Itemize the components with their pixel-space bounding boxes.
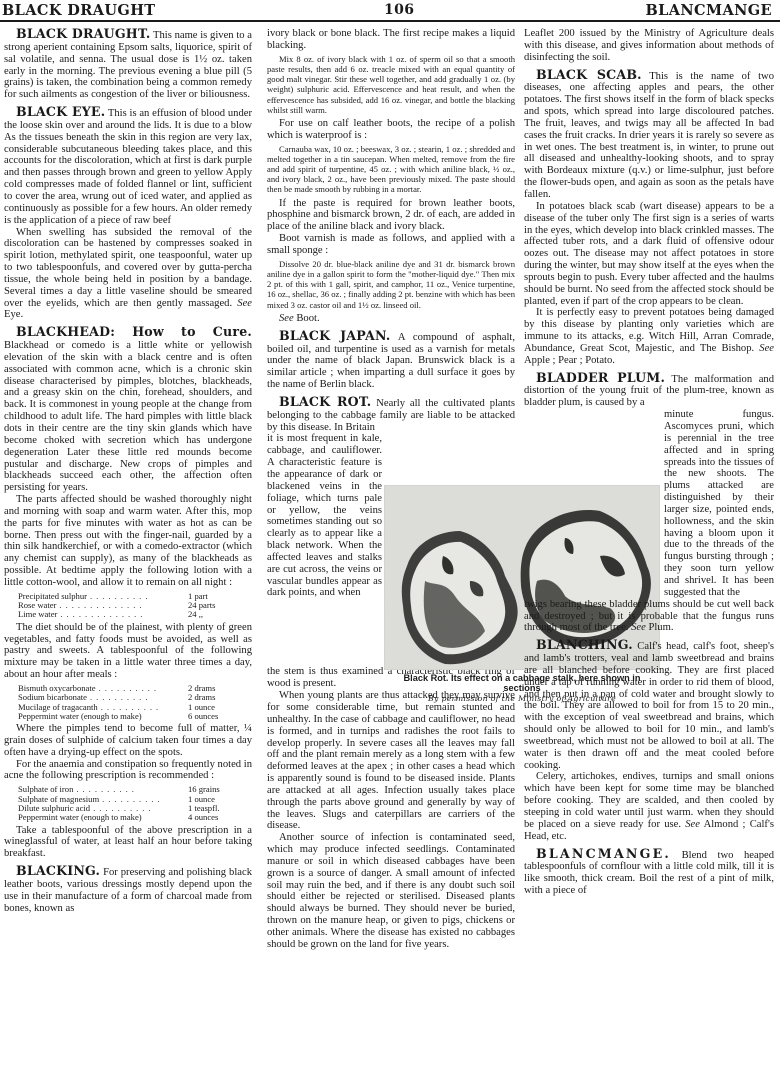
headword: BLACK JAPAN. <box>279 328 390 343</box>
headword: BLACK EYE. <box>16 104 105 119</box>
see-also-label: See <box>685 819 700 830</box>
entry-black-draught: BLACK DRAUGHT. This name is given to a s… <box>4 28 252 101</box>
paragraph: Another source of infection is contamina… <box>267 832 515 950</box>
headword: BLADDER PLUM. <box>536 370 665 385</box>
paragraph: Where the pimples tend to become full of… <box>4 723 252 759</box>
paragraph-continued: Leaflet 200 issued by the Ministry of Ag… <box>524 28 774 64</box>
column-1: BLACK DRAUGHT. This name is given to a s… <box>4 28 252 914</box>
paragraph: When young plants are thus attacked they… <box>267 690 515 832</box>
headword: BLACK ROT. <box>279 394 371 409</box>
paragraph-continued: twigs bearing these bladder plums should… <box>524 599 774 635</box>
cross-reference-link[interactable]: Apple ; Pear ; Potato. <box>524 355 615 366</box>
column-3: Leaflet 200 issued by the Ministry of Ag… <box>524 28 774 897</box>
prescription-table: Sulphate of iron..........16 grains Sulp… <box>4 785 252 822</box>
see-also-label: See <box>237 298 252 309</box>
running-head-left: BLACK DRAUGHT <box>2 2 156 19</box>
entry-blanching: BLANCHING. Calf's head, calf's foot, she… <box>524 639 774 771</box>
paragraph: The parts affected should be washed thor… <box>4 494 252 589</box>
paragraph: It is perfectly easy to prevent potatoes… <box>524 307 774 366</box>
entry-black-scab: BLACK SCAB. This is the name of two dise… <box>524 69 774 201</box>
paragraph: If the paste is required for brown leath… <box>267 198 515 234</box>
mixture-recipe-table: Bismuth oxycarbonate..........2 drams So… <box>4 684 252 721</box>
paragraph: Boot varnish is made as follows, and app… <box>267 233 515 257</box>
paragraph-continued: ivory black or bone black. The first rec… <box>267 28 515 52</box>
recipe-liquid-blacking: Mix 8 oz. of ivory black with 1 oz. of s… <box>267 54 515 115</box>
see-also-label: See <box>279 313 294 324</box>
entry-text: This is the name of two diseases, one af… <box>524 71 774 200</box>
paragraph: In potatoes black scab (wart disease) ap… <box>524 201 774 308</box>
wrapped-text: it is most frequent in kale, cabbage, an… <box>267 433 382 599</box>
cross-reference-link[interactable]: Eye. <box>4 309 23 320</box>
paragraph: For the anaemia and constipation so freq… <box>4 759 252 783</box>
entry-black-rot: BLACK ROT. Nearly all the cultivated pla… <box>267 396 515 434</box>
paragraph: When swelling has subsided the removal o… <box>4 227 252 322</box>
entry-blacking: BLACKING. For preserving and polishing b… <box>4 865 252 914</box>
cross-reference-link[interactable]: Boot. <box>294 313 320 324</box>
entry-blackhead: BLACKHEAD: How to Cure. Blackhead or com… <box>4 326 252 494</box>
headword: BLACK SCAB. <box>536 67 642 82</box>
see-also-label: See <box>631 622 646 633</box>
paragraph: The diet should be of the plainest, with… <box>4 622 252 681</box>
see-also-label: See <box>759 343 774 354</box>
headword: BLACK DRAUGHT. <box>16 26 150 41</box>
paragraph: Take a tablespoonful of the above prescr… <box>4 825 252 861</box>
entry-text: This is an effusion of blood under the l… <box>4 108 252 226</box>
entry-text: Blackhead or comedo is a little white or… <box>4 340 252 493</box>
see-also: See Boot. <box>267 313 515 325</box>
recipe-boot-varnish: Dissolve 20 dr. blue-black aniline dye a… <box>267 259 515 310</box>
recipe-row: Lime water..............24 ,, <box>18 610 244 619</box>
wrapped-text: minute fungus. Ascomyces pruni, which is… <box>664 409 774 599</box>
paragraph: Celery, artichokes, endives, turnips and… <box>524 771 774 842</box>
headword: BLACKHEAD: How to Cure. <box>16 324 252 339</box>
entry-text: Calf's head, calf's foot, sheep's and la… <box>524 641 774 770</box>
cross-reference-link[interactable]: Plum. <box>646 622 674 633</box>
recipe-row: Peppermint water (enough to make)6 ounce… <box>18 712 244 721</box>
headword: BLANCMANGE. <box>536 846 671 861</box>
entry-bladder-plum: BLADDER PLUM. The malformation and disto… <box>524 372 774 410</box>
running-head-right: BLANCMANGE <box>646 2 773 19</box>
page-number: 106 <box>384 2 414 18</box>
lotion-recipe-table: Precipitated sulphur..........1 part Ros… <box>4 592 252 620</box>
entry-blancmange: BLANCMANGE. Blend two heaped tablespoonf… <box>524 848 774 897</box>
entry-black-eye: BLACK EYE. This is an effusion of blood … <box>4 106 252 226</box>
running-head: BLACK DRAUGHT 106 BLANCMANGE <box>0 0 780 22</box>
recipe-waterproof-polish: Carnauba wax, 10 oz. ; beeswax, 3 oz. ; … <box>267 144 515 195</box>
headword: BLACKING. <box>16 863 100 878</box>
entry-black-japan: BLACK JAPAN. A compound of asphalt, boil… <box>267 330 515 391</box>
recipe-row: Peppermint water (enough to make)4 ounce… <box>18 813 244 822</box>
paragraph: For use on calf leather boots, the recip… <box>267 118 515 142</box>
headword: BLANCHING. <box>536 637 633 652</box>
